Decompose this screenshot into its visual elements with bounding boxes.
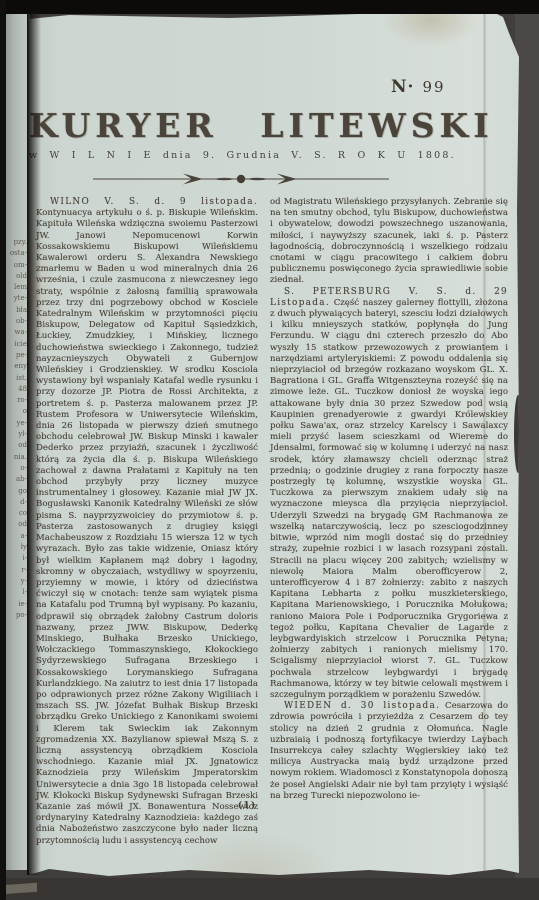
page-title: KURYER LITEWSKI	[29, 106, 453, 145]
adjacent-page-text-fragments: pzy. osta- om- old lem yte- bła ob- wa- …	[5, 13, 30, 870]
tapered-dash-left	[213, 178, 235, 181]
adjacent-page-edge: pzy. osta- om- old lem yte- bła ob- wa- …	[5, 13, 30, 870]
left-column: WILNO V. S. d. 9 listopada. Kontynuacya …	[36, 197, 258, 847]
article-paragraph: WIEDEN d. 30 listopada. Cesarzowa do zdr…	[270, 701, 508, 802]
tapered-dash-right	[247, 178, 269, 181]
right-column: od Magistratu Wileńskiego przysyłanych. …	[270, 197, 508, 847]
article-paragraph: S. PETERSBURG V. S. d. 29 Listopada. Czę…	[270, 287, 508, 702]
paragraph-text: od Magistratu Wileńskiego przysyłanych. …	[270, 197, 508, 285]
center-dot	[237, 175, 245, 183]
page-number: (1)	[225, 800, 269, 811]
article-body: WILNO V. S. d. 9 listopada. Kontynuacya …	[36, 197, 508, 847]
issue-number-label: N·	[391, 77, 414, 97]
background-top	[0, 0, 539, 14]
dateline-lead: WIEDEN d. 30 listopada.	[284, 701, 440, 711]
newspaper-page: N·99 KURYER LITEWSKI w W I L N I E dnia …	[29, 11, 519, 883]
divider-ornament	[91, 171, 391, 187]
paragraph-text: Część naszey galerney flottylli, złożona…	[270, 298, 508, 700]
issue-number: N·99	[391, 77, 446, 97]
paragraph-text: Kontynuacya artykułu o ś. p. Biskupie Wi…	[36, 208, 258, 845]
article-paragraph: od Magistratu Wileńskiego przysyłanych. …	[270, 197, 508, 287]
paragraph-text: Cesarzowa do zdrowia powróciła i przyież…	[270, 701, 508, 801]
article-paragraph: WILNO V. S. d. 9 listopada. Kontynuacya …	[36, 197, 258, 847]
background-bottom	[0, 878, 539, 900]
issue-number-value: 99	[422, 78, 445, 96]
dateline: w W I L N I E dnia 9. Grudnia V. S. R O …	[29, 150, 453, 161]
dateline-lead: WILNO V. S. d. 9 listopada.	[50, 197, 258, 207]
background-left	[0, 0, 6, 900]
